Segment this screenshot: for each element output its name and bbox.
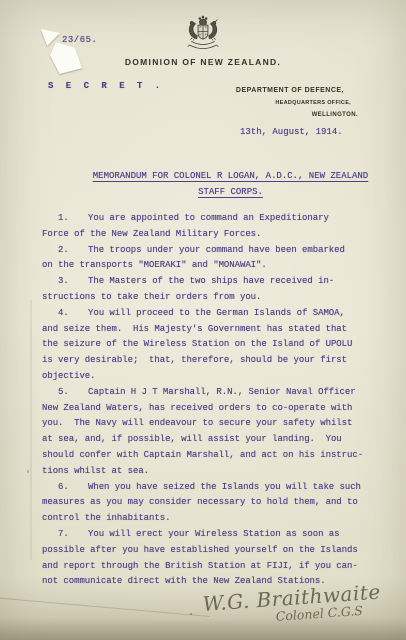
memorandum-title: MEMORANDUM FOR COLONEL R LOGAN, A.D.C., … <box>55 168 406 200</box>
letterhead-office: HEADQUARTERS OFFICE, <box>236 97 351 109</box>
paragraph-text: You are appointed to command an Expediti… <box>88 213 329 223</box>
document-date: 13th, August, 1914. <box>240 127 343 137</box>
letterhead-country: DOMINION OF NEW ZEALAND. <box>0 57 406 67</box>
paragraph-text: You will erect your Wireless Station as … <box>88 529 340 539</box>
paper-crease <box>0 596 210 617</box>
paragraph-number: 7. <box>58 527 88 543</box>
paragraph-number: 4. <box>58 306 88 322</box>
paper-crease <box>30 300 32 560</box>
paragraph-6-line: 6.When you have seized the Islands you w… <box>42 480 382 496</box>
memorandum-body: 1.You are appointed to command an Expedi… <box>42 211 382 590</box>
paragraph-5-line: you. The Navy will endeavour to secure y… <box>42 416 382 432</box>
paragraph-5-line: tions whilst at sea. <box>42 464 382 480</box>
paragraph-4-line: 4.You will proceed to the German Islands… <box>42 306 382 322</box>
paragraph-1-line: Force of the New Zealand Military Forces… <box>42 227 382 243</box>
paragraph-4-line: and seize them. His Majesty's Government… <box>42 322 382 338</box>
royal-coat-of-arms-icon <box>176 14 230 58</box>
letterhead-city: WELLINGTON. <box>236 109 358 121</box>
paragraph-number: 2. <box>58 243 88 259</box>
paragraph-3-line: structions to take their orders from you… <box>42 290 382 306</box>
paragraph-text: When you have seized the Islands you wil… <box>88 482 361 492</box>
paragraph-5-line: New Zealand Waters, has received orders … <box>42 401 382 417</box>
paragraph-4-line: objective. <box>42 369 382 385</box>
paragraph-number: 6. <box>58 480 88 496</box>
paragraph-7-line: and report through the British Station a… <box>42 559 382 575</box>
letterhead-department-block: DEPARTMENT OF DEFENCE, HEADQUARTERS OFFI… <box>236 85 358 121</box>
classification-stamp: S E C R E T . <box>48 81 164 91</box>
letterhead-department: DEPARTMENT OF DEFENCE, <box>236 85 344 97</box>
paper-speck <box>27 470 29 473</box>
paragraph-number: 1. <box>58 211 88 227</box>
paragraph-2-line: on the transports "MOERAKI" and "MONAWAI… <box>42 258 382 274</box>
paragraph-number: 5. <box>58 385 88 401</box>
file-reference-number: 23/65. <box>62 35 97 45</box>
memorandum-title-line1: MEMORANDUM FOR COLONEL R LOGAN, A.D.C., … <box>93 171 368 181</box>
paragraph-text: You will proceed to the German Islands o… <box>88 308 345 318</box>
paragraph-7-line: possible after you have established your… <box>42 543 382 559</box>
memorandum-title-line2: STAFF CORPS. <box>198 187 263 197</box>
paragraph-text: The troops under your command have been … <box>88 245 345 255</box>
paragraph-7-line: 7.You will erect your Wireless Station a… <box>42 527 382 543</box>
paragraph-5-line: should confer with Captain Marshall, and… <box>42 448 382 464</box>
paragraph-5-line: at sea, and, if possible, will assist yo… <box>42 432 382 448</box>
paper-speck <box>190 613 192 615</box>
scanned-memorandum-page: 23/65. <box>0 0 406 640</box>
paragraph-6-line: control the inhabitants. <box>42 511 382 527</box>
paragraph-number: 3. <box>58 274 88 290</box>
paragraph-text: The Masters of the two ships have receiv… <box>88 276 334 286</box>
paragraph-5-line: 5.Captain H J T Marshall, R.N., Senior N… <box>42 385 382 401</box>
paragraph-1-line: 1.You are appointed to command an Expedi… <box>42 211 382 227</box>
paragraph-4-line: the seizure of the Wireless Station on t… <box>42 337 382 353</box>
paragraph-3-line: 3.The Masters of the two ships have rece… <box>42 274 382 290</box>
paragraph-4-line: is very desirable; that, therefore, shou… <box>42 353 382 369</box>
paragraph-6-line: measures as you may consider necessary t… <box>42 495 382 511</box>
paragraph-text: Captain H J T Marshall, R.N., Senior Nav… <box>88 387 356 397</box>
paragraph-2-line: 2.The troops under your command have bee… <box>42 243 382 259</box>
